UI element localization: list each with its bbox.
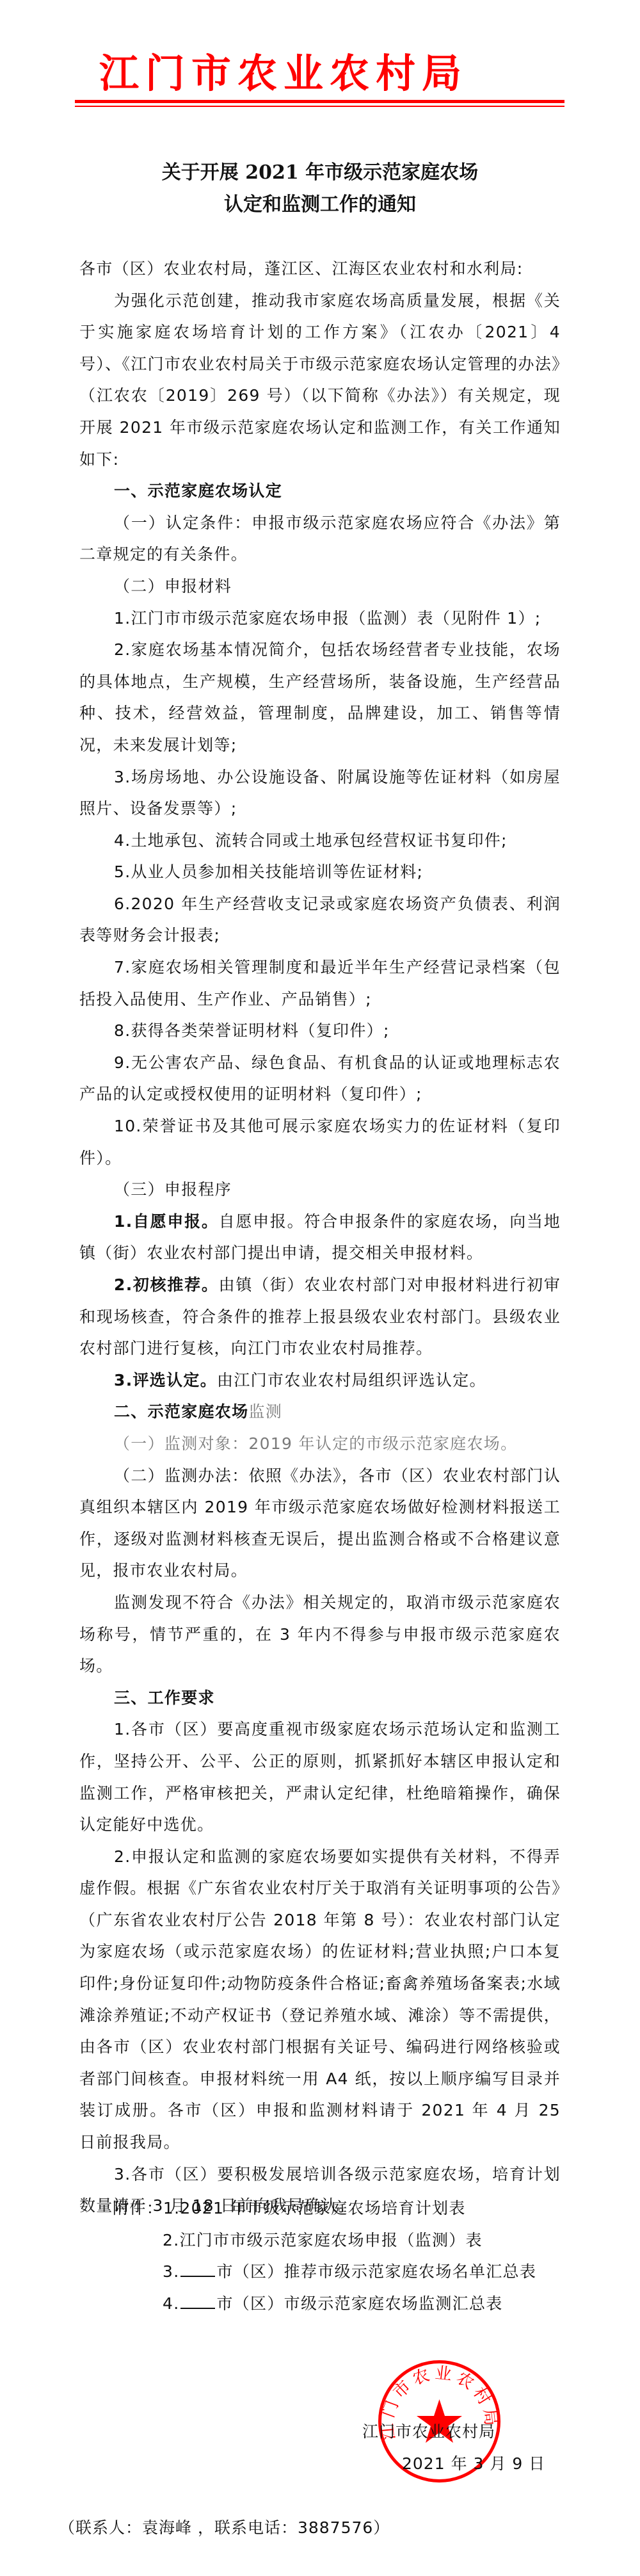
material-item: 8.获得各类荣誉证明材料（复印件）; xyxy=(79,1015,561,1047)
procedure-step-label: 1.自愿申报。 xyxy=(114,1212,219,1231)
attachment-item: 3.市（区）推荐市级示范家庭农场名单汇总表 xyxy=(113,2256,536,2288)
document-title-line1: 关于开展 2021 年市级示范家庭农场 xyxy=(0,157,640,189)
salutation: 各市（区）农业农村局，蓬江区、江海区农业农村和水利局: xyxy=(79,253,561,285)
document-body: 各市（区）农业农村局，蓬江区、江海区农业农村和水利局: 为强化示范创建，推动我市… xyxy=(79,253,561,2222)
requirement-item: 2.申报认定和监测的家庭农场要如实提供有关材料，不得弄虚作假。根据《广东省农业农… xyxy=(79,1841,561,2159)
attachment-item: 4.市（区）市级示范家庭农场监测汇总表 xyxy=(113,2288,536,2320)
attachments-list: 附件：1.2021 年市级示范家庭农场培育计划表 2.江门市市级示范家庭农场申报… xyxy=(113,2192,536,2319)
procedure-step: 2.初核推荐。由镇（街）农业农村部门对申报材料进行初审和现场核查，符合条件的推荐… xyxy=(79,1269,561,1365)
attachment-item: 2.江门市市级示范家庭农场申报（监测）表 xyxy=(113,2224,536,2256)
section1-procedure-heading: （三）申报程序 xyxy=(79,1174,561,1206)
agency-masthead: 江门市农业农村局 xyxy=(99,50,522,97)
attachment-item: 附件：1.2021 年市级示范家庭农场培育计划表 xyxy=(113,2192,536,2224)
issue-date: 2021 年 3 月 9 日 xyxy=(402,2451,545,2477)
procedure-step-label: 3.评选认定。 xyxy=(114,1371,217,1389)
section3-heading: 三、工作要求 xyxy=(79,1682,561,1714)
masthead-rule-thick xyxy=(75,100,564,103)
procedure-step: 3.评选认定。由江门市农业农村局组织评选认定。 xyxy=(79,1365,561,1397)
fill-in-blank xyxy=(180,2295,215,2309)
attachment-title: 市（区）推荐市级示范家庭农场名单汇总表 xyxy=(216,2262,536,2281)
material-item: 1.江门市市级示范家庭农场申报（监测）表（见附件 1）; xyxy=(79,603,561,635)
attachment-number: 2. xyxy=(163,2231,179,2249)
section2-method: （二）监测办法：依照《办法》，各市（区）农业农村部门认真组织本辖区内 2019 … xyxy=(79,1460,561,1587)
attachment-title: 2021 年市级示范家庭农场培育计划表 xyxy=(180,2199,465,2217)
section2-penalty: 监测发现不符合《办法》相关规定的，取消市级示范家庭农场称号，情节严重的，在 3 … xyxy=(79,1587,561,1682)
procedure-step: 1.自愿申报。自愿申报。符合申报条件的家庭农场，向当地镇（街）农业农村部门提出申… xyxy=(79,1206,561,1269)
section2-heading-tail: 监测 xyxy=(248,1402,282,1421)
attachment-title: 市（区）市级示范家庭农场监测汇总表 xyxy=(216,2294,502,2313)
material-item: 9.无公害农产品、绿色食品、有机食品的认证或地理标志农产品的认定或授权使用的证明… xyxy=(79,1047,561,1110)
signing-organization: 江门市农业农村局 xyxy=(362,2419,495,2445)
document-title-line2: 认定和监测工作的通知 xyxy=(0,189,640,221)
attachment-number: 3. xyxy=(163,2262,179,2281)
section2-heading: 二、示范家庭农场监测 xyxy=(79,1396,561,1428)
material-item: 10.荣誉证书及其他可展示家庭农场实力的佐证材料（复印件）。 xyxy=(79,1110,561,1174)
material-item: 3.场房场地、办公设施设备、附属设施等佐证材料（如房屋照片、设备发票等）; xyxy=(79,761,561,825)
attachment-number: 4. xyxy=(163,2294,179,2313)
intro-paragraph: 为强化示范创建，推动我市家庭农场高质量发展，根据《关于实施家庭农场培育计划的工作… xyxy=(79,285,561,476)
material-item: 4.土地承包、流转合同或土地承包经营权证书复印件; xyxy=(79,825,561,857)
procedure-step-text: 由江门市农业农村局组织评选认定。 xyxy=(217,1371,486,1389)
section2-target: （一）监测对象：2019 年认定的市级示范家庭农场。 xyxy=(79,1428,561,1460)
section2-heading-main: 二、示范家庭农场 xyxy=(114,1402,248,1421)
material-item: 5.从业人员参加相关技能培训等佐证材料; xyxy=(79,856,561,888)
attachments-label: 附件： xyxy=(113,2199,163,2217)
attachment-number: 1. xyxy=(163,2199,180,2217)
procedure-step-label: 2.初核推荐。 xyxy=(114,1276,219,1294)
section1-heading: 一、示范家庭农场认定 xyxy=(79,475,561,507)
masthead-rule-thin xyxy=(75,106,564,107)
contact-info: （联系人：袁海峰 ，联系电话：3887576） xyxy=(59,2515,390,2541)
fill-in-blank xyxy=(180,2263,215,2277)
requirement-item: 1.各市（区）要高度重视市级家庭农场示范场认定和监测工作，坚持公开、公平、公正的… xyxy=(79,1713,561,1840)
section1-conditions: （一）认定条件：申报市级示范家庭农场应符合《办法》第二章规定的有关条件。 xyxy=(79,507,561,571)
material-item: 6.2020 年生产经营收支记录或家庭农场资产负债表、利润表等财务会计报表; xyxy=(79,888,561,952)
section1-materials-heading: （二）申报材料 xyxy=(79,571,561,603)
material-item: 2.家庭农场基本情况简介，包括农场经营者专业技能，农场的具体地点，生产规模，生产… xyxy=(79,634,561,761)
material-item: 7.家庭农场相关管理制度和最近半年生产经营记录档案（包括投入品使用、生产作业、产… xyxy=(79,952,561,1015)
attachment-title: 江门市市级示范家庭农场申报（监测）表 xyxy=(179,2231,482,2249)
